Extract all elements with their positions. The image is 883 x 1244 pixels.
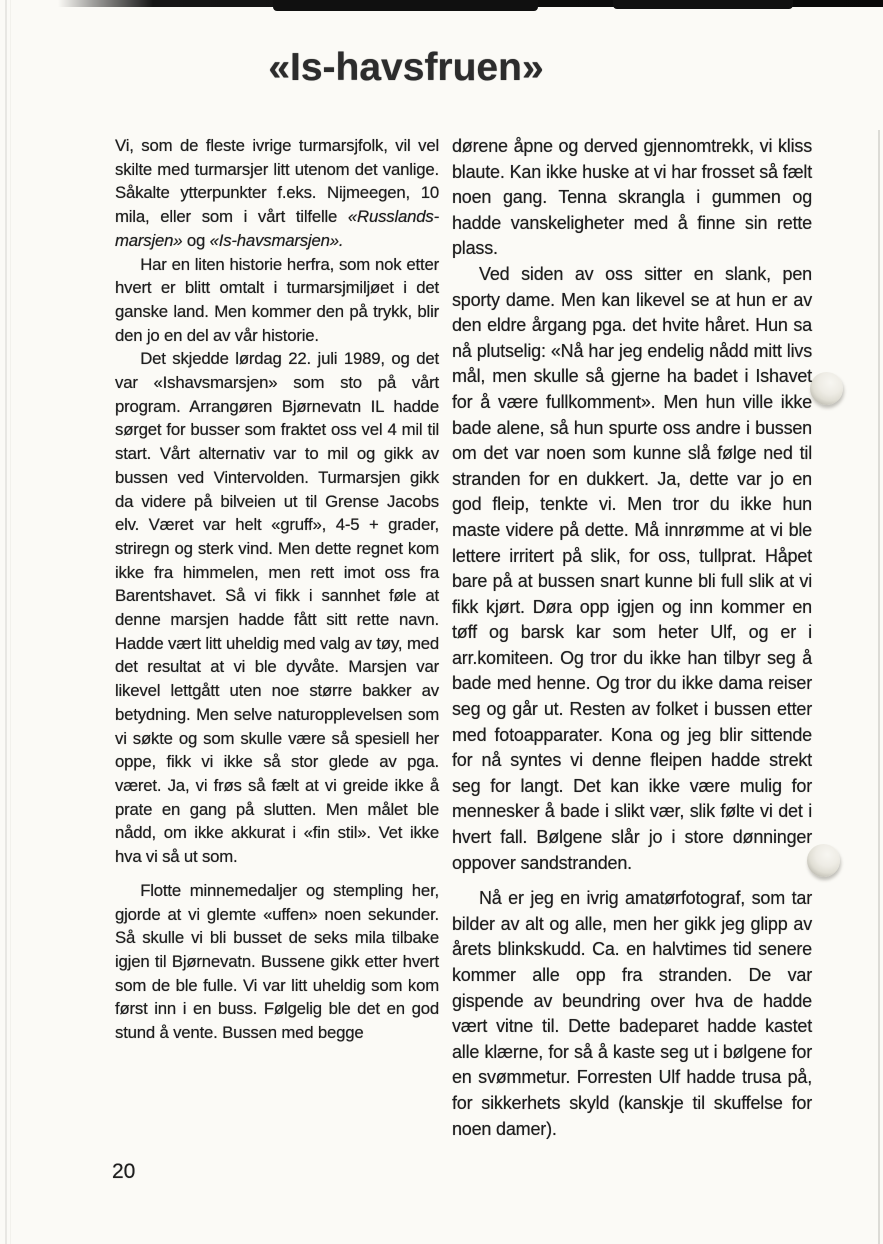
right-column: dørene åpne og derved gjennomtrekk, vi k… <box>452 134 812 1142</box>
scan-edge-left-line-faint <box>10 0 11 1244</box>
paragraph-lady: Ved siden av oss sitter en slank, pen sp… <box>452 262 812 876</box>
scan-edge-right-line <box>878 130 880 1244</box>
paragraph-medals-continued: dørene åpne og derved gjennomtrekk, vi k… <box>452 134 812 262</box>
paragraph-photographer: Nå er jeg en ivrig amatørfotograf, som t… <box>452 886 812 1142</box>
paragraph-intro-conjunction: og <box>182 231 209 250</box>
scan-edge-left-line <box>5 0 7 1244</box>
paragraph-history: Har en liten historie herfra, som nok et… <box>115 253 439 348</box>
paragraph-march-day: Det skjedde lørdag 22. juli 1989, og det… <box>115 347 439 868</box>
paragraph-medals: Flotte minnemedaljer og stempling her, g… <box>115 879 439 1045</box>
hole-punch-top <box>810 372 843 405</box>
scanned-magazine-page: { "page": { "title": "«Is-havsfruen»", "… <box>0 0 883 1244</box>
march-name-ishavs: «Is-havsmarsjen». <box>210 231 344 250</box>
scan-edge-top <box>58 0 883 7</box>
article-title: «Is-havsfruen» <box>57 46 755 90</box>
paragraph-intro: Vi, som de fleste ivrige turmarsjfolk, v… <box>115 134 439 253</box>
left-column: Vi, som de fleste ivrige turmarsjfolk, v… <box>115 134 439 1045</box>
page-number: 20 <box>112 1160 135 1184</box>
